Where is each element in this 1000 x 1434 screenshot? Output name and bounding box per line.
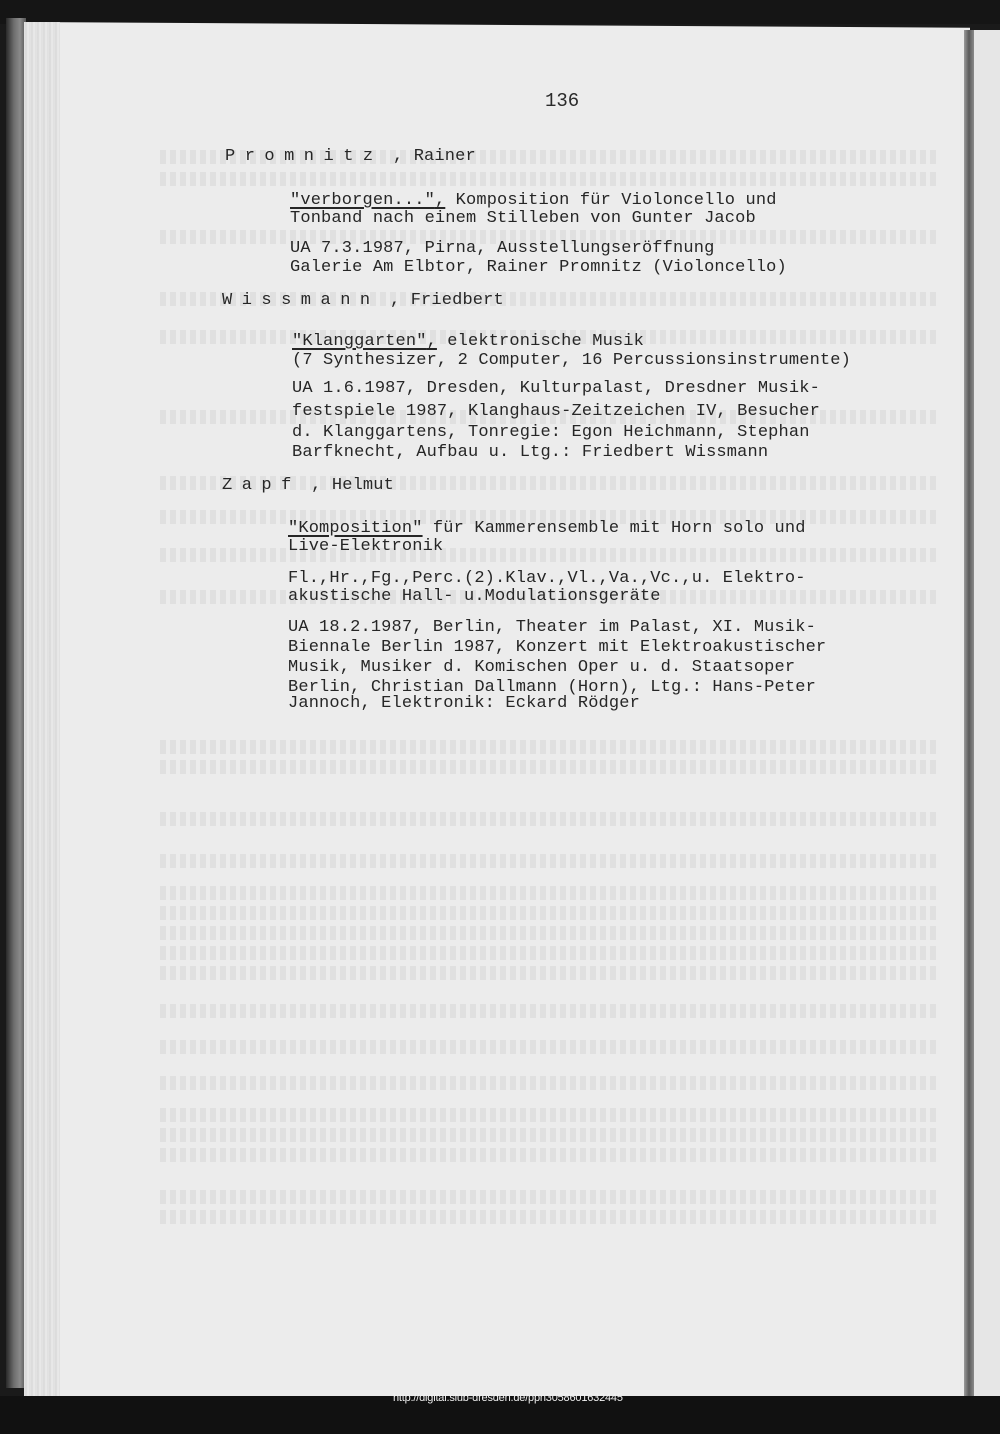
work-title-line: "Komposition" für Kammerensemble mit Hor…: [288, 520, 806, 538]
composer-surname: Zapf: [222, 476, 301, 495]
composer-surname: Wissmann: [222, 291, 380, 310]
composer-given-name: Helmut: [332, 476, 394, 495]
premiere-info: Jannoch, Elektronik: Eckard Rödger: [288, 695, 640, 713]
facing-page-edge: [974, 30, 1000, 1434]
composer-heading: Wissmann , Friedbert: [222, 292, 504, 310]
work-description: für Kammerensemble mit Horn solo und: [423, 519, 806, 538]
work-description: Komposition für Violoncello und: [445, 191, 776, 210]
premiere-info: d. Klanggartens, Tonregie: Egon Heichman…: [292, 424, 810, 442]
premiere-info: UA 7.3.1987, Pirna, Ausstellungseröffnun…: [290, 240, 714, 258]
premiere-info: Barfknecht, Aufbau u. Ltg.: Friedbert Wi…: [292, 444, 768, 462]
work-title: "verborgen...": [290, 191, 435, 210]
work-description: (7 Synthesizer, 2 Computer, 16 Percussio…: [292, 352, 851, 370]
book-spine-edge: [6, 18, 26, 1388]
work-description: Tonband nach einem Stilleben von Gunter …: [290, 210, 756, 228]
instrumentation: akustische Hall- u.Modulationsgeräte: [288, 588, 661, 606]
composer-heading: Promnitz , Rainer: [225, 148, 476, 166]
page-stack-edge: [24, 22, 60, 1402]
composer-given-name: Friedbert: [411, 291, 504, 310]
premiere-info: festspiele 1987, Klanghaus-Zeitzeichen I…: [292, 403, 820, 421]
page-number: 136: [545, 90, 579, 112]
work-description: Live-Elektronik: [288, 538, 443, 556]
work-description: elektronische Musik: [437, 332, 644, 351]
instrumentation: Fl.,Hr.,Fg.,Perc.(2).Klav.,Vl.,Va.,Vc.,u…: [288, 570, 806, 588]
premiere-info: Biennale Berlin 1987, Konzert mit Elektr…: [288, 639, 826, 657]
source-url-watermark: http://digital.slub-dresden.de/ppn305860…: [393, 1392, 623, 1404]
book-gutter: [964, 30, 974, 1434]
scan-background: [0, 0, 1000, 24]
composer-given-name: Rainer: [414, 147, 476, 166]
premiere-info: Galerie Am Elbtor, Rainer Promnitz (Viol…: [290, 259, 787, 277]
work-title-line: "verborgen...", Komposition für Violonce…: [290, 192, 777, 210]
composer-heading: Zapf , Helmut: [222, 477, 394, 495]
composer-surname: Promnitz: [225, 147, 383, 166]
premiere-info: UA 18.2.1987, Berlin, Theater im Palast,…: [288, 619, 816, 637]
work-title: "Komposition": [288, 519, 423, 538]
premiere-info: UA 1.6.1987, Dresden, Kulturpalast, Dres…: [292, 380, 820, 398]
premiere-info: Musik, Musiker d. Komischen Oper u. d. S…: [288, 659, 795, 677]
work-title-line: "Klanggarten", elektronische Musik: [292, 333, 644, 351]
work-title: "Klanggarten": [292, 332, 427, 351]
